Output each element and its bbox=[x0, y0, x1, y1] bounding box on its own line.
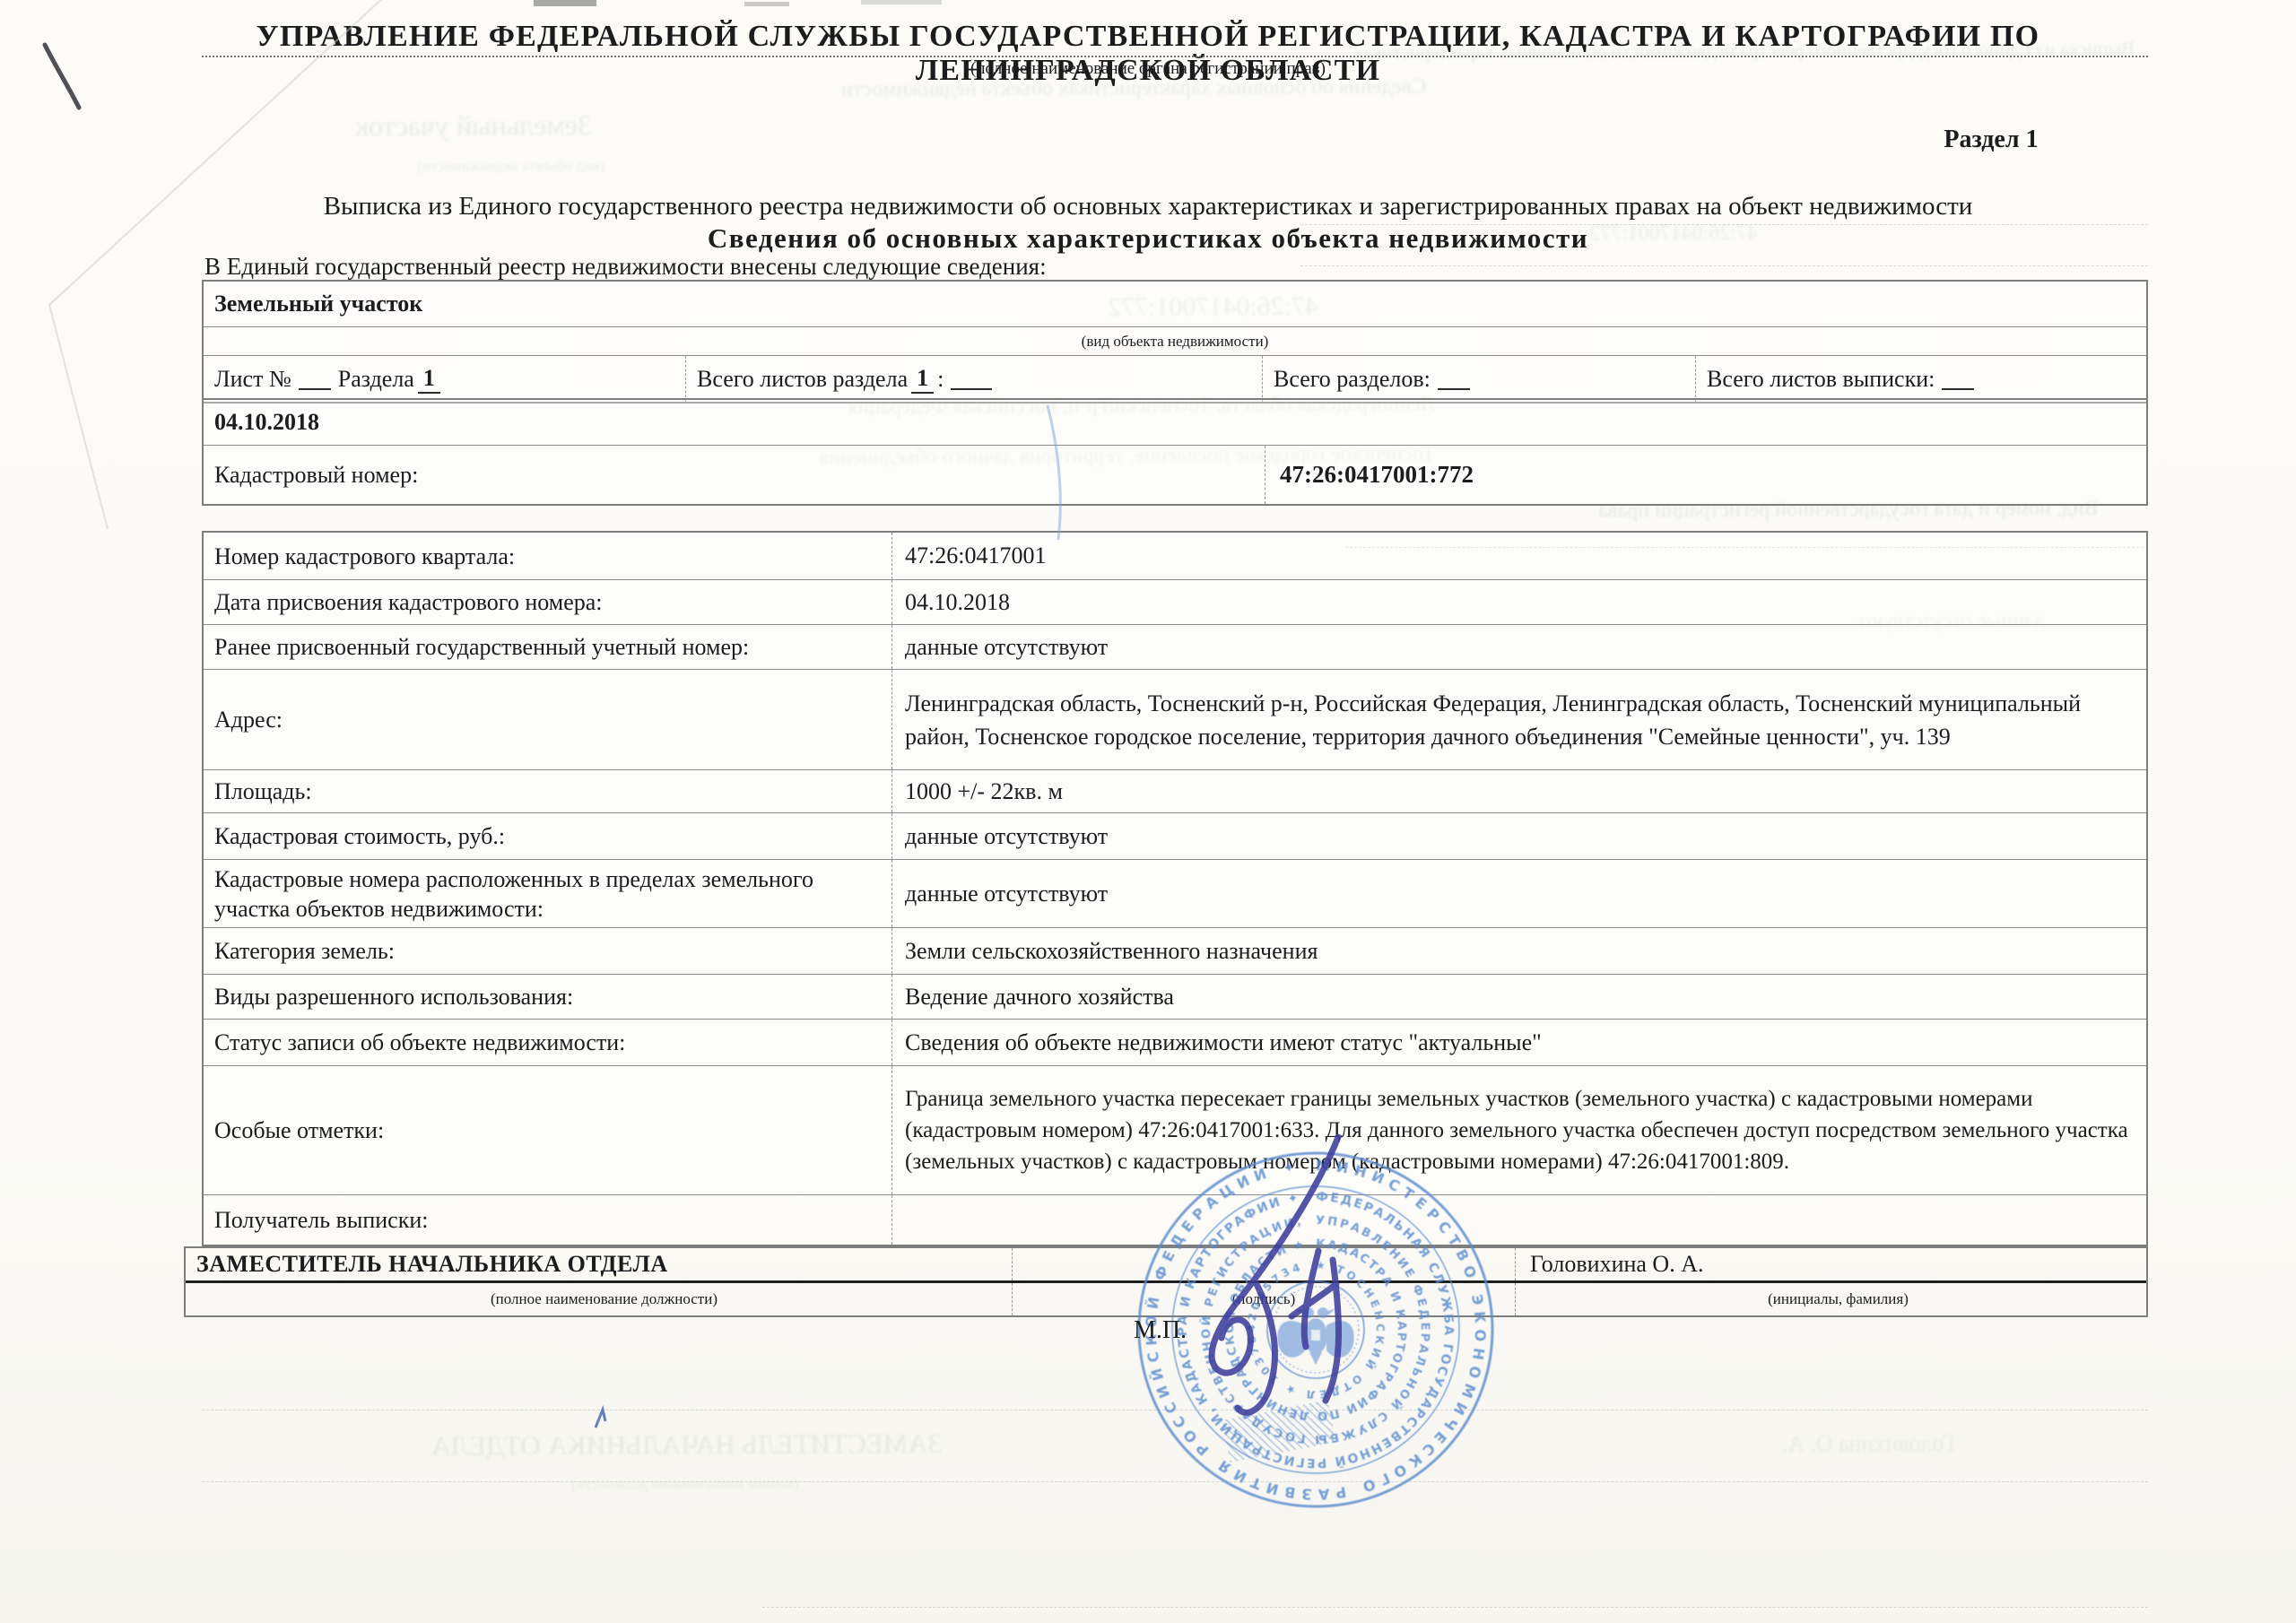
table-row: Ранее присвоенный государственный учетны… bbox=[204, 624, 2146, 669]
date-value: 04.10.2018 bbox=[214, 409, 319, 436]
bleed-through-line bbox=[762, 1607, 2148, 1608]
table-row: Номер кадастрового квартала: 47:26:04170… bbox=[204, 533, 2146, 579]
table-row: Кадастровые номера расположенных в преде… bbox=[204, 859, 2146, 927]
total-sheets-cell: Всего листов выписки: bbox=[1695, 356, 2146, 402]
bleed-through-text: Земельный участок bbox=[206, 108, 592, 143]
bleed-through-text: Головихина О. А. bbox=[1578, 1430, 1955, 1459]
row-label: Кадастровые номера расположенных в преде… bbox=[204, 861, 891, 927]
table-row: Адрес: Ленинградская область, Тосненский… bbox=[204, 669, 2146, 769]
intro-line: В Единый государственный реестр недвижим… bbox=[204, 253, 1460, 281]
row-label: Категория земель: bbox=[204, 933, 891, 969]
row-label: Номер кадастрового квартала: bbox=[204, 538, 891, 575]
row-label: Кадастровая стоимость, руб.: bbox=[204, 818, 891, 855]
table-row: Дата присвоения кадастрового номера: 04.… bbox=[204, 579, 2146, 624]
row-value: данные отсутствуют bbox=[891, 625, 2146, 669]
blank-line bbox=[951, 369, 992, 390]
row-value: 47:26:0417001 bbox=[891, 533, 2146, 579]
document-title: Выписка из Единого государственного реес… bbox=[117, 192, 2179, 221]
row-value-text: Ведение дачного хозяйства bbox=[905, 981, 1174, 1013]
row-label: Адрес: bbox=[204, 701, 891, 738]
row-label: Виды разрешенного использования: bbox=[204, 978, 891, 1015]
table-row: Статус записи об объекте недвижимости: С… bbox=[204, 1019, 2146, 1065]
bleed-through-text: ЗАМЕСТИТЕЛЬ НАЧАЛЬНИКА ОТДЕЛА bbox=[206, 1428, 942, 1463]
sheet-label: Лист № bbox=[214, 366, 291, 393]
cadastral-number-label-text: Кадастровый номер: bbox=[214, 462, 418, 489]
row-label: Получатель выписки: bbox=[204, 1202, 891, 1238]
row-label: Площадь: bbox=[204, 773, 891, 810]
sheets-in-section-cell: Всего листов раздела 1 : bbox=[685, 356, 1262, 402]
object-type-value: Земельный участок bbox=[214, 291, 422, 317]
blank-line bbox=[1438, 369, 1470, 390]
cadastral-number-label: Кадастровый номер: bbox=[204, 446, 1265, 504]
row-label: Ранее присвоенный государственный учетны… bbox=[204, 629, 891, 665]
sheet-number-cell: Лист № Раздела 1 bbox=[204, 356, 685, 402]
official-name: Головихина О. А. bbox=[1515, 1248, 2146, 1280]
row-label: Дата присвоения кадастрового номера: bbox=[204, 584, 891, 621]
row-value-text: Сведения об объекте недвижимости имеют с… bbox=[905, 1027, 1542, 1059]
row-value: 04.10.2018 bbox=[891, 580, 2146, 624]
name-caption: (инициалы, фамилия) bbox=[1515, 1283, 2146, 1315]
object-header-table: Земельный участок (вид объекта недвижимо… bbox=[202, 280, 2148, 404]
cadastral-number-value: 47:26:0417001:772 bbox=[1265, 446, 2146, 504]
section-label: Раздел 1 bbox=[1830, 126, 2152, 154]
official-position: ЗАМЕСТИТЕЛЬ НАЧАЛЬНИКА ОТДЕЛА bbox=[186, 1248, 1012, 1280]
date-row: 04.10.2018 bbox=[204, 400, 2146, 445]
row-value-text: Граница земельного участка пересекает гр… bbox=[905, 1083, 2134, 1177]
bleed-through-text: (полное наименование должности) bbox=[377, 1475, 798, 1495]
table-row: Виды разрешенного использования: Ведение… bbox=[204, 974, 2146, 1019]
row-value: Земли сельскохозяйственного назначения bbox=[891, 928, 2146, 974]
row-value: Сведения об объекте недвижимости имеют с… bbox=[891, 1020, 2146, 1065]
object-type-row: Земельный участок bbox=[204, 282, 2146, 326]
row-value-text: Ленинградская область, Тосненский р-н, Р… bbox=[905, 687, 2134, 753]
row-label: Особые отметки: bbox=[204, 1112, 891, 1149]
total-sections-cell: Всего разделов: bbox=[1262, 356, 1695, 402]
row-label: Статус записи об объекте недвижимости: bbox=[204, 1024, 891, 1061]
table-row: Площадь: 1000 +/- 22кв. м bbox=[204, 769, 2146, 812]
blank-line bbox=[1942, 369, 1974, 390]
scanned-egrn-extract-page: Выписка из Единого государственного реес… bbox=[0, 0, 2296, 1623]
total-sheets-label: Всего листов выписки: bbox=[1707, 366, 1935, 393]
row-value-text: 47:26:0417001 bbox=[905, 540, 1046, 572]
object-type-caption: (вид объекта недвижимости) bbox=[1082, 333, 1269, 351]
position-caption: (полное наименование должности) bbox=[186, 1283, 1012, 1315]
cadastral-number-value-text: 47:26:0417001:772 bbox=[1280, 461, 1474, 489]
row-value: Ленинградская область, Тосненский р-н, Р… bbox=[891, 670, 2146, 769]
colon: : bbox=[937, 366, 944, 393]
razdel-number: 1 bbox=[418, 365, 440, 394]
row-value: данные отсутствуют bbox=[891, 813, 2146, 859]
pen-mark-corner bbox=[45, 45, 79, 108]
header-underline bbox=[202, 56, 2148, 57]
cadastral-number-table: 04.10.2018 Кадастровый номер: 47:26:0417… bbox=[202, 398, 2148, 506]
handwritten-signature bbox=[1157, 1103, 1435, 1444]
row-value-text: 04.10.2018 bbox=[905, 586, 1010, 619]
row-value: данные отсутствуют bbox=[891, 860, 2146, 927]
row-value: 1000 +/- 22кв. м bbox=[891, 770, 2146, 812]
row-value-text: данные отсутствуют bbox=[905, 631, 1108, 664]
table-row: Категория земель: Земли сельскохозяйстве… bbox=[204, 927, 2146, 974]
row-value-text: данные отсутствуют bbox=[905, 820, 1108, 853]
table-row: Кадастровая стоимость, руб.: данные отсу… bbox=[204, 812, 2146, 859]
row-value: Ведение дачного хозяйства bbox=[891, 975, 2146, 1019]
edge-smudge bbox=[534, 0, 596, 6]
edge-smudge bbox=[861, 0, 942, 4]
row-value-text: Земли сельскохозяйственного назначения bbox=[905, 935, 1318, 968]
registering-authority-caption: (полное наименование органа регистрации … bbox=[108, 59, 2188, 79]
razdel-label: Раздела bbox=[338, 366, 414, 393]
row-value-text: данные отсутствуют bbox=[905, 878, 1108, 910]
total-sections-label: Всего разделов: bbox=[1274, 366, 1431, 393]
object-type-caption-row: (вид объекта недвижимости) bbox=[204, 326, 2146, 355]
bleed-through-text: (вид объекта недвижимости) bbox=[210, 157, 604, 177]
sheets-in-section-label: Всего листов раздела bbox=[697, 366, 908, 393]
sheet-counters-row: Лист № Раздела 1 Всего листов раздела 1 … bbox=[204, 355, 2146, 402]
cadastral-number-row: Кадастровый номер: 47:26:0417001:772 bbox=[204, 445, 2146, 504]
edge-smudge bbox=[744, 2, 789, 6]
row-value: Граница земельного участка пересекает гр… bbox=[891, 1066, 2146, 1194]
row-value-text: 1000 +/- 22кв. м bbox=[905, 776, 1063, 808]
row-value bbox=[891, 1195, 2146, 1245]
blank-line bbox=[299, 369, 331, 390]
sheets-in-section-number: 1 bbox=[911, 365, 934, 394]
pen-tick bbox=[596, 1410, 605, 1428]
document-subtitle: Сведения об основных характеристиках объ… bbox=[117, 222, 2179, 255]
